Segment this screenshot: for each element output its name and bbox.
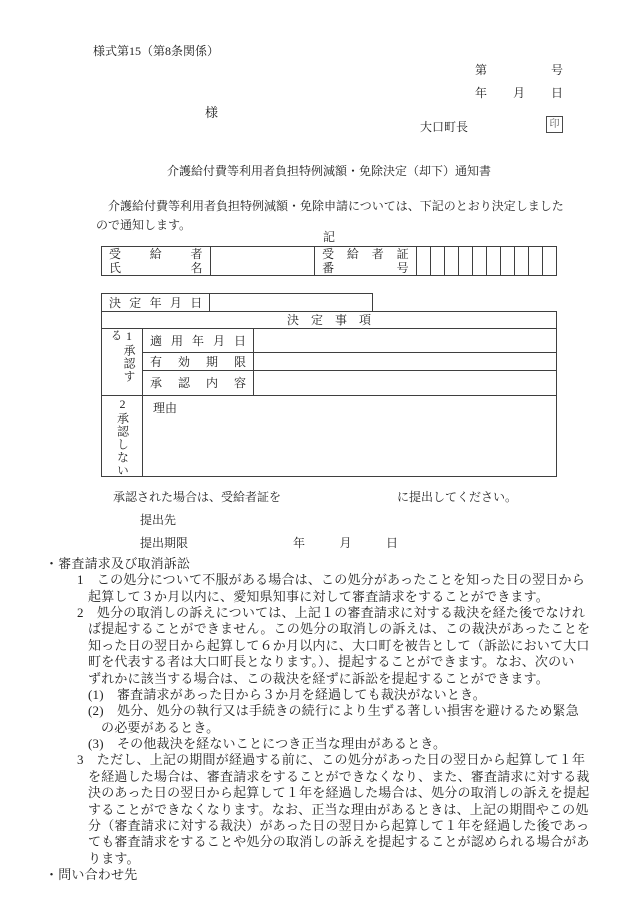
legal-text-line: 町を代表する者は大口町長となります。）、提起することができます。なお、次のい bbox=[88, 654, 575, 669]
issue-date-month: 月 bbox=[513, 84, 525, 101]
submission-destination-label: 提出先 bbox=[140, 511, 176, 528]
decision-items-table: 決定事項 1承認する 適用年月日 有効期限 bbox=[101, 311, 557, 477]
submission-note-prefix: 承認された場合は、受給者証を bbox=[113, 488, 281, 505]
table-row: 適用年月日 bbox=[143, 329, 556, 353]
cert-digit-box bbox=[445, 247, 459, 275]
legal-text-line: ・審査請求及び取消訴訟 bbox=[45, 556, 190, 571]
reject-group: 2承認しない 理由 bbox=[102, 396, 556, 477]
document-number-line: 第 号 bbox=[475, 61, 563, 78]
cert-number-label: 受給者証 番号 bbox=[315, 247, 417, 275]
valid-period-value bbox=[254, 353, 556, 370]
seal-mark: 印 bbox=[546, 116, 563, 133]
legal-text-line: 2 処分の取消しの訴えについては、上記１の審査請求に対する裁決を経た後でなけれ bbox=[77, 605, 585, 620]
addressee-honorific: 様 bbox=[205, 102, 218, 121]
issuer-name: 大口町長 bbox=[420, 118, 468, 135]
reason-label: 理由 bbox=[153, 401, 177, 415]
deadline-year: 年 bbox=[293, 534, 305, 551]
decision-items-header: 決定事項 bbox=[102, 312, 556, 329]
legal-text-line: することができなくなります。なお、正当な理由があるときは、上記の期間やこの処 bbox=[88, 802, 589, 817]
legal-text-line: を経過した場合は、審査請求をすることができなくなり、また、審査請求に対する裁 bbox=[88, 769, 590, 784]
reject-reason-cell: 理由 bbox=[143, 396, 556, 477]
cert-digit-box bbox=[431, 247, 445, 275]
valid-period-label: 有効期限 bbox=[143, 353, 254, 370]
legal-text-line: (3) その他裁決を経ないことにつき正当な理由があるとき。 bbox=[88, 736, 446, 751]
cert-digit-box bbox=[543, 247, 556, 275]
approval-content-value bbox=[254, 371, 556, 395]
legal-text-line: 起算して３か月以内に、愛知県知事に対して審査請求をすることができます。 bbox=[88, 589, 549, 604]
cert-digit-box bbox=[473, 247, 487, 275]
issue-date-day: 日 bbox=[551, 84, 563, 101]
decision-date-value bbox=[210, 294, 372, 312]
reject-group-label: 2承認しない bbox=[102, 396, 143, 477]
cert-digit-box bbox=[459, 247, 473, 275]
approve-group-label: 1承認する bbox=[102, 329, 143, 395]
approval-content-label: 承認内容 bbox=[143, 371, 254, 395]
deadline-day: 日 bbox=[386, 534, 398, 551]
submission-deadline-date-line: 年 月 日 bbox=[293, 534, 398, 551]
doc-number-suffix: 号 bbox=[551, 61, 563, 78]
issue-date-year: 年 bbox=[475, 84, 487, 101]
approve-group: 1承認する 適用年月日 有効期限 承認内容 bbox=[102, 329, 556, 396]
table-row: 有効期限 bbox=[143, 353, 556, 371]
cert-digit-box bbox=[515, 247, 529, 275]
legal-text-line: ります。 bbox=[88, 851, 140, 866]
doc-number-prefix: 第 bbox=[475, 61, 487, 78]
legal-text-line: (2) 処分、処分の執行又は手続きの続行により生ずる著しい損害を避けるため緊急 bbox=[88, 703, 579, 718]
form-number: 様式第15（第8条関係） bbox=[93, 42, 219, 59]
application-date-label: 適用年月日 bbox=[143, 329, 254, 352]
submission-deadline-label: 提出期限 bbox=[140, 534, 188, 551]
legal-text-line: ても審査請求をすることや処分の取消しの訴えを提起することが認められる場合があ bbox=[88, 834, 590, 849]
legal-text-line: 1 この処分について不服がある場合は、この処分があったことを知った日の翌日から bbox=[77, 572, 585, 587]
cert-number-boxes bbox=[417, 247, 556, 275]
cert-digit-box bbox=[529, 247, 543, 275]
legal-text-line: 3 ただし、上記の期間が経過する前に、この処分があった日の翌日から起算して１年 bbox=[77, 752, 585, 767]
recipient-name-value bbox=[211, 247, 316, 275]
table-row: 承認内容 bbox=[143, 371, 556, 395]
ki-heading: 記 bbox=[101, 228, 557, 245]
cert-digit-box bbox=[487, 247, 501, 275]
legal-text-line: 分（審査請求に対する裁決）があった日の翌日から起算して１年を経過した後であっ bbox=[88, 818, 589, 833]
legal-text-line: ・問い合わせ先 bbox=[45, 867, 137, 882]
deadline-month: 月 bbox=[339, 534, 351, 551]
legal-text-line: ずれかに該当する場合は、この裁決を経ずに訴訟を提起することができます。 bbox=[88, 671, 549, 686]
cert-digit-box bbox=[501, 247, 515, 275]
legal-text-line: ば提起することができません。この処分の取消しの訴えは、この裁決があったことを bbox=[88, 621, 590, 636]
legal-text-line: (1) 審査請求があった日から３か月を経過しても裁決がないとき。 bbox=[88, 687, 486, 702]
approve-rows: 適用年月日 有効期限 承認内容 bbox=[143, 329, 556, 395]
submission-note-suffix: に提出してください。 bbox=[397, 488, 517, 505]
cert-digit-box bbox=[417, 247, 431, 275]
body-text-line: 介護給付費等利用者負担特例減額・免除申請については、下記のとおり決定しました bbox=[96, 197, 564, 214]
decision-date-table: 決定年月日 bbox=[101, 293, 373, 312]
recipient-name-label: 受給者 氏名 bbox=[102, 247, 211, 275]
recipient-table: 受給者 氏名 受給者証 番号 bbox=[101, 246, 557, 276]
issue-date-line: 年 月 日 bbox=[475, 84, 563, 101]
legal-text-line: の必要があるとき。 bbox=[101, 720, 219, 735]
notification-document-page: 様式第15（第8条関係） 第 号 年 月 日 様 大口町長 印 介護給付費等利用… bbox=[0, 0, 630, 915]
application-date-value bbox=[254, 329, 556, 352]
document-title: 介護給付費等利用者負担特例減額・免除決定（却下）通知書 bbox=[101, 162, 557, 179]
legal-text-line: 知った日の翌日から起算して６か月以内に、大口町を被告として（訴訟において大口 bbox=[88, 638, 590, 653]
legal-text-line: 決のあった日の翌日から起算して１年を経過した場合は、処分の取消しの訴えを提起 bbox=[88, 785, 589, 800]
decision-date-label: 決定年月日 bbox=[102, 294, 210, 312]
